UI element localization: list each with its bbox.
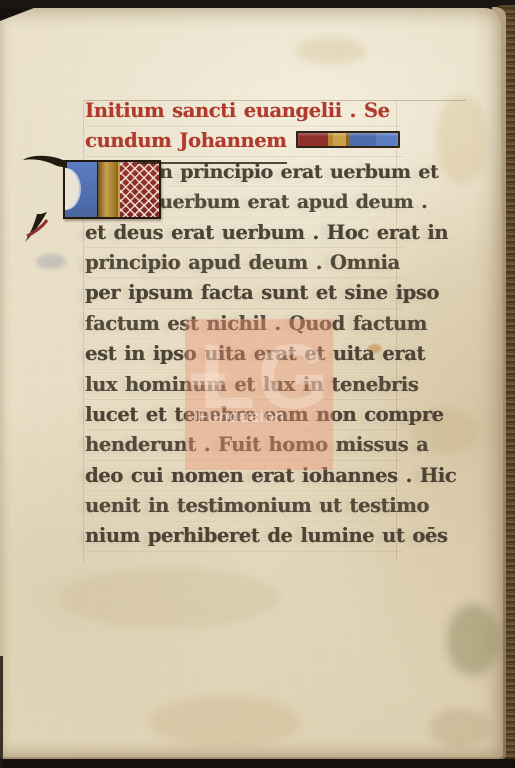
watermark-label: Fundación (197, 407, 285, 427)
stain (436, 94, 488, 184)
rubric-line: Initium sancti euangelii . Se (85, 96, 403, 126)
manuscript-photo: Initium sancti euangelii . Se cundum Joh… (0, 0, 515, 768)
stain (36, 254, 66, 269)
frame-hairline (137, 162, 287, 164)
stain (447, 604, 499, 676)
text-line: nium perhiberet de lumine ut oēs (85, 521, 403, 551)
opening-verse-block: I n principio erat uerbum et uerbum erat… (85, 157, 403, 218)
initial-red-panel (118, 162, 159, 217)
line-filler-ornament (296, 131, 400, 148)
stain (150, 696, 300, 748)
rubric-line-text: cundum Johannem (85, 129, 286, 152)
penwork-flourish (13, 148, 77, 244)
text-line: uerbum erat apud deum . (159, 187, 403, 217)
watermark-overlay: LG Fundación (185, 319, 333, 470)
text-line: et deus erat uerbum . Hoc erat in (85, 218, 403, 248)
stain (296, 38, 366, 64)
text-line: principio apud deum . Omnia (85, 248, 403, 278)
stain (60, 568, 280, 628)
stain (430, 708, 490, 748)
parchment-page: Initium sancti euangelii . Se cundum Joh… (0, 8, 503, 759)
text-line: per ipsum facta sunt et sine ipso (85, 278, 403, 308)
left-edge-shadow (0, 656, 3, 768)
decorated-initial-I: I (63, 160, 161, 219)
text-line: uenit in testimonium ut testimo (85, 491, 403, 521)
rubric-line: cundum Johannem (85, 126, 403, 156)
